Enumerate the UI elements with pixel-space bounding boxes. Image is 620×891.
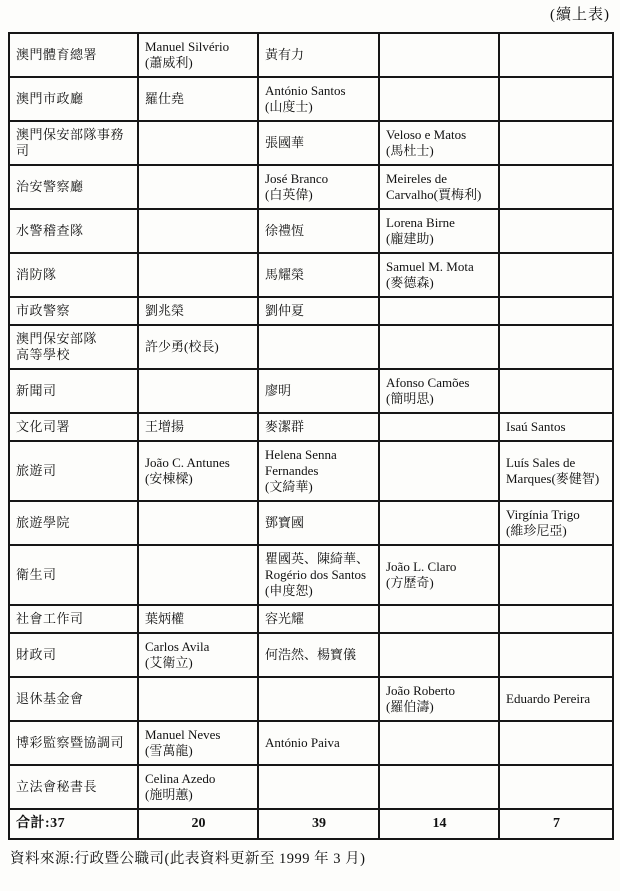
table-cell [138, 677, 258, 721]
table-cell [499, 121, 613, 165]
table-cell [379, 413, 499, 441]
table-cell: 衛生司 [9, 545, 138, 605]
table-cell: 社會工作司 [9, 605, 138, 633]
table-cell: Manuel Neves (雪萬龍) [138, 721, 258, 765]
table-cell: 容光耀 [258, 605, 379, 633]
table-cell: Manuel Silvério (蕭威利) [138, 33, 258, 77]
table-row: 旅遊司João C. Antunes (安棟樑)Helena Senna Fer… [9, 441, 613, 501]
table-row: 市政警察劉兆榮劉仲夏 [9, 297, 613, 325]
total-row: 合計:372039147 [9, 809, 613, 839]
table-cell [499, 33, 613, 77]
table-cell: 新聞司 [9, 369, 138, 413]
total-value: 7 [499, 809, 613, 839]
table-cell [379, 501, 499, 545]
table-cell: Luís Sales de Marques(麥健智) [499, 441, 613, 501]
table-cell: 澳門保安部隊事務 司 [9, 121, 138, 165]
table-cell: 消防隊 [9, 253, 138, 297]
table-row: 立法會秘書長Celina Azedo (施明蕙) [9, 765, 613, 809]
table-cell: 立法會秘書長 [9, 765, 138, 809]
table-cell [379, 605, 499, 633]
table-cell [499, 297, 613, 325]
total-value: 39 [258, 809, 379, 839]
table-cell: Afonso Camões (簡明思) [379, 369, 499, 413]
table-row: 文化司署王增揚麥潔群Isaú Santos [9, 413, 613, 441]
table-row: 衛生司瞿國英、陳綺華、 Rogério dos Santos (申度恕)João… [9, 545, 613, 605]
table-row: 新聞司廖明Afonso Camões (簡明思) [9, 369, 613, 413]
table-cell: 文化司署 [9, 413, 138, 441]
table-cell: 治安警察廳 [9, 165, 138, 209]
table-cell [379, 721, 499, 765]
table-cell: João Roberto (羅伯濤) [379, 677, 499, 721]
table-cell [379, 765, 499, 809]
table-cell: Helena Senna Fernandes (文綺華) [258, 441, 379, 501]
document-page: (續上表) 澳門體育總署Manuel Silvério (蕭威利)黃有力澳門市政… [0, 0, 620, 891]
table-cell: 麥潔群 [258, 413, 379, 441]
table-cell: 王增揚 [138, 413, 258, 441]
table-cell [379, 325, 499, 369]
table-cell [499, 325, 613, 369]
table-cell [258, 765, 379, 809]
table-body: 澳門體育總署Manuel Silvério (蕭威利)黃有力澳門市政廳羅仕堯An… [9, 33, 613, 839]
table-cell: 許少勇(校長) [138, 325, 258, 369]
table-cell: 廖明 [258, 369, 379, 413]
table-cell [138, 253, 258, 297]
table-cell [499, 369, 613, 413]
table-cell: 退休基金會 [9, 677, 138, 721]
table-row: 澳門保安部隊事務 司張國華Veloso e Matos (馬杜士) [9, 121, 613, 165]
table-cell [499, 605, 613, 633]
table-row: 財政司Carlos Avila (艾衛立)何浩然、楊寶儀 [9, 633, 613, 677]
table-cell [138, 121, 258, 165]
table-cell [499, 765, 613, 809]
total-value: 20 [138, 809, 258, 839]
table-cell: Meireles de Carvalho(賈梅利) [379, 165, 499, 209]
table-cell: 市政警察 [9, 297, 138, 325]
table-cell: 瞿國英、陳綺華、 Rogério dos Santos (申度恕) [258, 545, 379, 605]
table-cell: 澳門市政廳 [9, 77, 138, 121]
table-cell: 徐禮恆 [258, 209, 379, 253]
table-cell [499, 253, 613, 297]
table-cell: 澳門體育總署 [9, 33, 138, 77]
table-cell: 旅遊學院 [9, 501, 138, 545]
table-row: 社會工作司葉炳權容光耀 [9, 605, 613, 633]
table-row: 旅遊學院鄧寶國Virgínia Trigo (維珍尼亞) [9, 501, 613, 545]
table-cell: 鄧寶國 [258, 501, 379, 545]
table-cell: Celina Azedo (施明蕙) [138, 765, 258, 809]
table-cell: 水警稽查隊 [9, 209, 138, 253]
table-cell [379, 33, 499, 77]
table-cell [138, 209, 258, 253]
roster-table: 澳門體育總署Manuel Silvério (蕭威利)黃有力澳門市政廳羅仕堯An… [8, 32, 614, 840]
table-cell [138, 545, 258, 605]
table-cell [499, 633, 613, 677]
table-cell: 何浩然、楊寶儀 [258, 633, 379, 677]
table-row: 博彩監察暨協調司Manuel Neves (雪萬龍)António Paiva [9, 721, 613, 765]
table-cell [379, 633, 499, 677]
table-cell: 劉仲夏 [258, 297, 379, 325]
table-cell: 財政司 [9, 633, 138, 677]
table-cell [499, 721, 613, 765]
table-cell: António Paiva [258, 721, 379, 765]
table-cell: João C. Antunes (安棟樑) [138, 441, 258, 501]
table-cell [138, 501, 258, 545]
table-row: 澳門體育總署Manuel Silvério (蕭威利)黃有力 [9, 33, 613, 77]
total-label: 合計:37 [9, 809, 138, 839]
table-cell [379, 441, 499, 501]
table-cell: Lorena Birne (龐建助) [379, 209, 499, 253]
table-cell [499, 165, 613, 209]
table-cell: 張國華 [258, 121, 379, 165]
table-cell [379, 77, 499, 121]
table-cell [499, 77, 613, 121]
table-cell: Veloso e Matos (馬杜士) [379, 121, 499, 165]
table-cell: Carlos Avila (艾衛立) [138, 633, 258, 677]
table-cell: José Branco (白英偉) [258, 165, 379, 209]
table-cell: 羅仕堯 [138, 77, 258, 121]
table-cell: Samuel M. Mota (麥德森) [379, 253, 499, 297]
total-value: 14 [379, 809, 499, 839]
table-cell: 澳門保安部隊 高等學校 [9, 325, 138, 369]
table-cell [499, 209, 613, 253]
table-cell: Eduardo Pereira [499, 677, 613, 721]
source-note: 資料來源:行政暨公職司(此表資料更新至 1999 年 3 月) [8, 847, 612, 868]
table-cell: Isaú Santos [499, 413, 613, 441]
table-row: 澳門保安部隊 高等學校許少勇(校長) [9, 325, 613, 369]
table-cell: 劉兆榮 [138, 297, 258, 325]
table-cell: 馬耀榮 [258, 253, 379, 297]
table-cell: António Santos (山度士) [258, 77, 379, 121]
table-row: 退休基金會João Roberto (羅伯濤)Eduardo Pereira [9, 677, 613, 721]
table-row: 消防隊馬耀榮Samuel M. Mota (麥德森) [9, 253, 613, 297]
table-cell [258, 677, 379, 721]
table-cell: 博彩監察暨協調司 [9, 721, 138, 765]
table-cell: 旅遊司 [9, 441, 138, 501]
table-cell: 黃有力 [258, 33, 379, 77]
table-cell [499, 545, 613, 605]
table-row: 澳門市政廳羅仕堯António Santos (山度士) [9, 77, 613, 121]
table-cell: 葉炳權 [138, 605, 258, 633]
table-cell: João L. Claro (方歷奇) [379, 545, 499, 605]
table-cell [138, 165, 258, 209]
table-cell [138, 369, 258, 413]
table-cell: Virgínia Trigo (維珍尼亞) [499, 501, 613, 545]
table-cell [379, 297, 499, 325]
table-cell [258, 325, 379, 369]
continuation-note: (續上表) [8, 4, 612, 26]
table-row: 水警稽查隊徐禮恆Lorena Birne (龐建助) [9, 209, 613, 253]
table-row: 治安警察廳José Branco (白英偉)Meireles de Carval… [9, 165, 613, 209]
